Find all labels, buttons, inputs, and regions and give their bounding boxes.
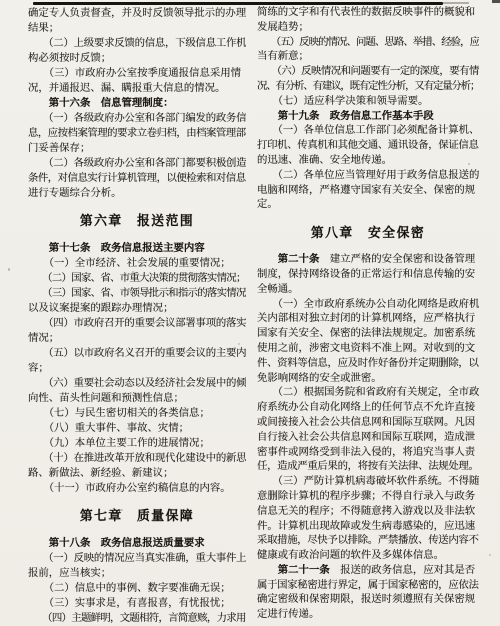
text-line: （一）全市政府系统办公自动化网络是政府机 (257, 298, 479, 313)
text-line: 第二十一条 报送的政务信息，应对其是否 (257, 564, 479, 579)
text-line: 意删除计算机的程序步骤；不得自行录入与政务 (257, 490, 479, 505)
paragraph-gap (28, 231, 246, 241)
text-line: （三）国家、省、市领导批示和指示的落实情况 (28, 286, 246, 301)
article-heading: 第十七条 政务信息报送主要内容 (28, 241, 246, 256)
text-line: 容； (28, 361, 246, 376)
text-line: （三）市政府办公室按季度通报信息采用情 (28, 66, 246, 81)
text-line: （二）国家、省、市重大决策的贯彻落实情况； (28, 271, 246, 286)
text-run: 建立严格的安全保密和设备管理 (319, 254, 475, 265)
text-line: 信息无关的程序；不得随意拷入游戏以及非法软 (257, 505, 479, 520)
text-line: （六）反映情况和问题要有一定的深度，要有情 (257, 65, 479, 80)
article-number-bold: 第二十条 (257, 254, 319, 265)
text-line: 采取措施，尽快予以排除。严禁播放、传送内容不 (257, 534, 479, 549)
text-line: 报前，应当核实； (28, 566, 246, 581)
text-line: 路、新做法、新经验、新建议； (28, 466, 246, 481)
scan-speck (8, 268, 10, 271)
scan-speck (489, 554, 491, 556)
text-line: 密事件或网络受到非法入侵的，将追究当事人责 (257, 446, 479, 461)
scanned-document-page: 确定专人负责督查，并及时反馈领导批示的办理结果； （二）上级要求反馈的信息，下级… (0, 0, 500, 626)
text-line: 定。 (257, 198, 479, 213)
text-line: （七）适应科学决策和领导需要。 (257, 95, 479, 110)
text-line: 定进行传递。 (257, 608, 479, 623)
text-line: 情况； (28, 331, 246, 346)
article-heading: 第十九条 政务信息工作基本手段 (257, 110, 479, 125)
text-line: 件、资料等信息，应及时作好备份并定期删除，以 (257, 357, 479, 372)
text-line: 使用之前，涉密文电资料不准上网。对收到的文 (257, 342, 479, 357)
text-line: 自行接入社会公共信息网和国际互联网，造成泄 (257, 431, 479, 446)
text-line: 属于国家秘密进行界定，属于国家秘密的，应依法 (257, 579, 479, 594)
text-line: （一）各单位信息工作部门必须配备计算机、 (257, 124, 479, 139)
text-line: 国家有关安全、保密的法律法规规定。加密系统 (257, 327, 479, 342)
text-line: （六）重要社会动态以及经济社会发展中的倾 (28, 376, 246, 391)
text-line: 息，应按档案管理的要求立卷归档，由档案管理部 (28, 126, 246, 141)
text-line: （二）各单位应当管理好用于政务信息报送的 (257, 169, 479, 184)
text-line: 进行专题综合分析。 (28, 186, 246, 201)
text-line: 免影响网络的安全或泄密。 (257, 372, 479, 387)
right-text-column: 简练的文字和有代表性的数据反映事件的概貌和发展趋势； （五）反映的情况、问题、思… (257, 0, 479, 623)
text-line: 结果； (28, 21, 246, 36)
text-run: 报送的政务信息，应对其是否 (330, 565, 475, 576)
text-line: 简练的文字和有代表性的数据反映事件的概貌和 (257, 6, 479, 21)
chapter-heading: 第七章 质量保障 (28, 506, 246, 526)
text-line: 的迅速、准确、安全地传递。 (257, 154, 479, 169)
text-line: 构必须按时反馈； (28, 51, 246, 66)
top-right-scan-tick (492, 0, 500, 3)
text-line: 打印机、传真机和其他交通、通讯设备，保证信息 (257, 139, 479, 154)
text-line: （二）信息中的事例、数字要准确无误； (28, 581, 246, 596)
text-line: 电脑和网络，严格遵守国家有关安全、保密的规 (257, 184, 479, 199)
text-line: （三）严防计算机病毒破坏软件系统。不得随 (257, 475, 479, 490)
text-line: （一）反映的情况应当真实准确，重大事件上 (28, 551, 246, 566)
article-heading: 第十六条 信息管理制度： (28, 96, 246, 111)
left-text-column: 确定专人负责督查，并及时反馈领导批示的办理结果； （二）上级要求反馈的信息，下级… (28, 0, 246, 626)
text-line: 府系统办公自动化网络上的任何节点不允许直接 (257, 401, 479, 416)
text-line: 况，并通报迟、漏、瞒报重大信息的情况。 (28, 81, 246, 96)
text-line: 当有新意； (257, 50, 479, 65)
text-line: 确定专人负责督查，并及时反馈领导批示的办理 (28, 6, 246, 21)
text-line: 件。计算机出现故障或发生病毒感染的，应迅速 (257, 520, 479, 535)
chapter-heading: 第八章 安全保密 (257, 223, 479, 243)
text-line: 况、有分析、有建议，既有定性分析，又有定量分析； (257, 80, 479, 95)
paragraph-gap (257, 243, 479, 253)
text-line: （四）市政府召开的重要会议部署事项的落实 (28, 316, 246, 331)
text-line: 或间接接入社会公共信息网和国际互联网。凡因 (257, 416, 479, 431)
text-line: （二）各级政府办公室和各部门都要积极创造 (28, 156, 246, 171)
text-line: （九）本单位主要工作的进展情况； (28, 436, 246, 451)
text-line: （二）根据国务院和省政府有关规定，全市政 (257, 386, 479, 401)
text-line: 全畅通。 (257, 283, 479, 298)
text-line: （八）重大事件、事故、灾情； (28, 421, 246, 436)
text-line: 条件，对信息实行计算机管理，以便检索和对信息 (28, 171, 246, 186)
text-line: （十一）市政府办公室约稿信息的内容。 (28, 481, 246, 496)
paragraph-gap (28, 526, 246, 536)
text-line: （十）在推进改革开放和现代化建设中的新思 (28, 451, 246, 466)
text-line: （三）实事求是，有喜报喜，有忧报忧； (28, 596, 246, 611)
text-line: 向性、苗头性问题和预测性信息； (28, 391, 246, 406)
text-line: （五）以市政府名义召开的重要会议的主要内 (28, 346, 246, 361)
chapter-heading: 第六章 报送范围 (28, 211, 246, 231)
text-line: （一）各级政府办公室和各部门编发的政务信 (28, 111, 246, 126)
text-line: 制度，保持网络设备的正常运行和信息传输的安 (257, 268, 479, 283)
text-line: 发展趋势； (257, 21, 479, 36)
paragraph-gap (28, 496, 246, 506)
paragraph-gap (28, 201, 246, 211)
text-line: （二）上级要求反馈的信息，下级信息工作机 (28, 36, 246, 51)
paragraph-gap (257, 213, 479, 223)
text-line: （四）主题鲜明，文题相符，言简意赅，力求用 (28, 611, 246, 626)
text-line: （五）反映的情况、问题、思路、举措、经验，应 (257, 36, 479, 51)
text-line: 关内部相对独立封闭的计算机网络，应严格执行 (257, 312, 479, 327)
article-heading: 第十八条 政务信息报送质量要求 (28, 536, 246, 551)
article-number-bold: 第二十一条 (257, 565, 330, 576)
text-line: 以及议案提案的跟踪办理情况； (28, 301, 246, 316)
text-line: （一）全市经济、社会发展的重要情况； (28, 256, 246, 271)
text-line: 门妥善保存； (28, 141, 246, 156)
text-line: （七）与民生密切相关的各类信息； (28, 406, 246, 421)
text-line: 健康或有政治问题的软件及多媒体信息。 (257, 549, 479, 564)
text-line: 第二十条 建立严格的安全保密和设备管理 (257, 253, 479, 268)
text-line: 确定密级和保密期限，报送时须遵照有关保密规 (257, 593, 479, 608)
text-line: 任，造成严重后果的，将按有关法律、法规处理。 (257, 460, 479, 475)
